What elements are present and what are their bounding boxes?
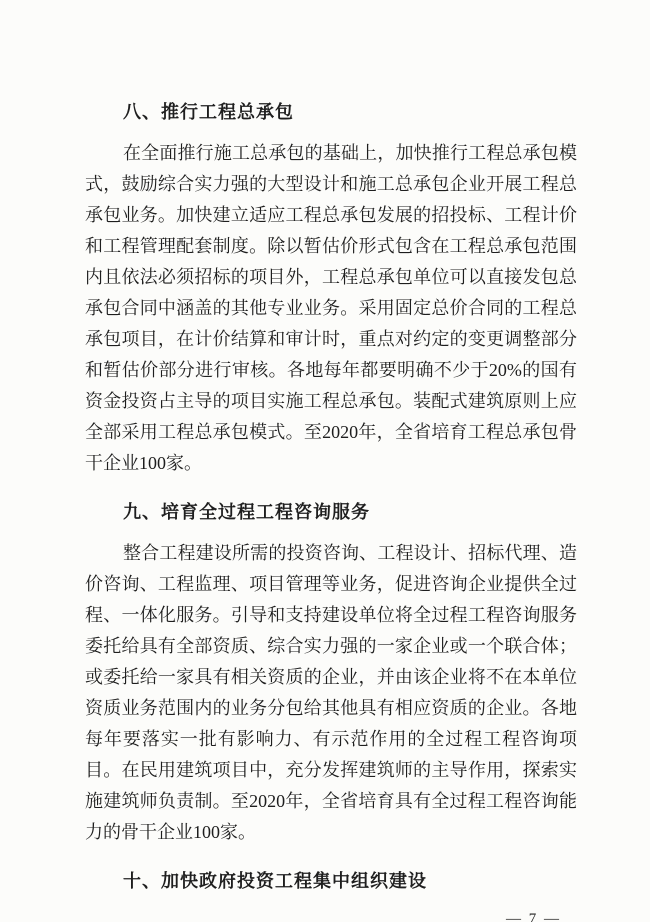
page-number: — 7 — <box>85 909 561 922</box>
section-heading-9: 九、培育全过程工程咨询服务 <box>85 497 577 528</box>
section-heading-10: 十、加快政府投资工程集中组织建设 <box>85 866 577 897</box>
section-body-8: 在全面推行施工总承包的基础上，加快推行工程总承包模式，鼓励综合实力强的大型设计和… <box>85 138 577 479</box>
section-body-9: 整合工程建设所需的投资咨询、工程设计、招标代理、造价咨询、工程监理、项目管理等业… <box>85 538 577 848</box>
document-page: 八、推行工程总承包 在全面推行施工总承包的基础上，加快推行工程总承包模式，鼓励综… <box>0 0 650 922</box>
section-heading-8: 八、推行工程总承包 <box>85 97 577 128</box>
